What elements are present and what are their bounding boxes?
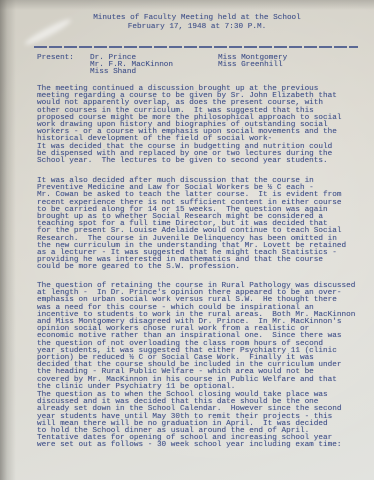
title-line-1: Minutes of Faculty Meeting held at the S… bbox=[36, 14, 358, 23]
scan-edge-shadow-top bbox=[0, 0, 374, 10]
paragraph-course-decisions: It was also decided after much discussio… bbox=[37, 178, 346, 272]
title-line-2: February 17, 1948 at 7:30 P.M. bbox=[36, 23, 358, 32]
divider-rule bbox=[34, 46, 358, 48]
document-title: Minutes of Faculty Meeting held at the S… bbox=[36, 14, 358, 32]
paragraph-rural-pathology: The question of retaining the course in … bbox=[37, 283, 355, 391]
present-label: Present: bbox=[37, 55, 74, 62]
paragraph-school-closing: The question as to when the School closi… bbox=[37, 392, 341, 450]
attendees-column-1: Dr. Prince Mr. F.R. MacKinnon Miss Shand bbox=[90, 55, 173, 77]
scan-edge-shadow-left bbox=[0, 0, 16, 480]
paragraph-course-overlap: The meeting continued a discussion broug… bbox=[37, 86, 341, 165]
scanned-page: Minutes of Faculty Meeting held at the S… bbox=[0, 0, 374, 480]
attendees-column-2: Miss Montgomery Miss Greenhill bbox=[218, 55, 287, 69]
